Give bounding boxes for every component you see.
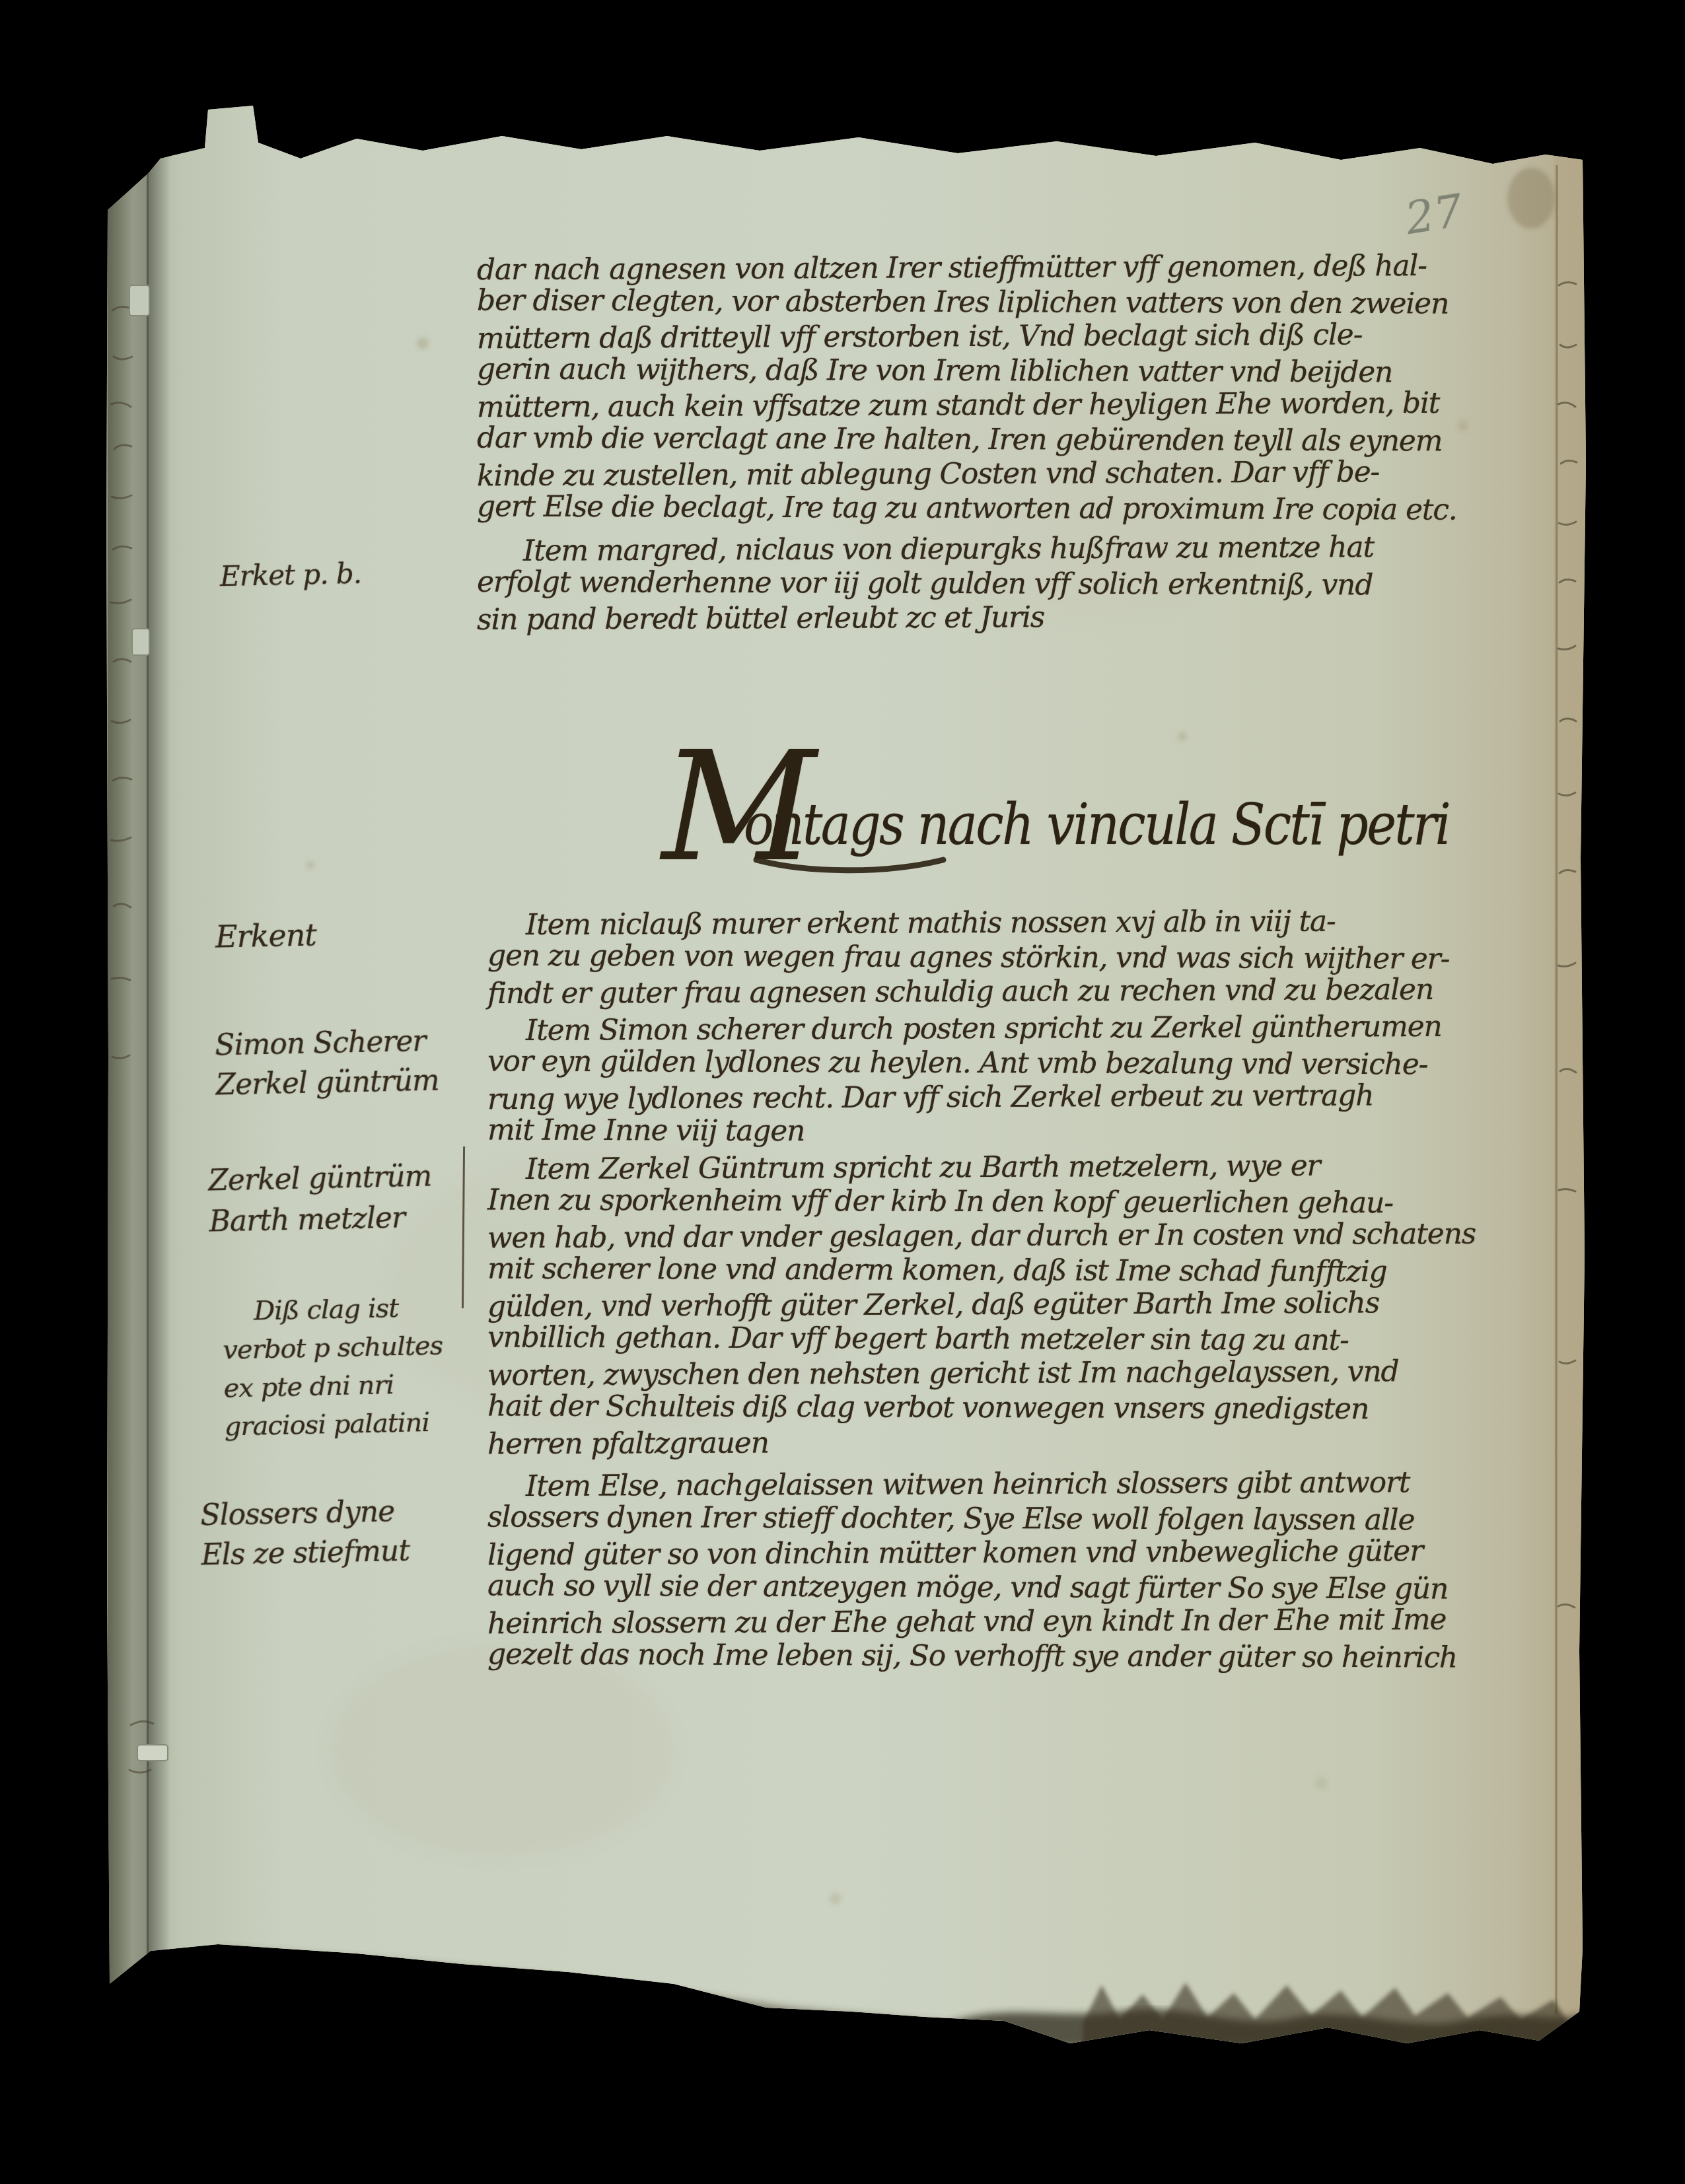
text-line: gert Else die beclagt, Ire tag zu antwor… [477,489,1457,527]
text-line: dar vmb die verclagt ane Ire halten, Ire… [477,421,1457,458]
margin-note-line: graciosi palatini [224,1403,445,1446]
text-line: worten, zwyschen den nehsten gericht ist… [487,1355,1476,1393]
text-line: erfolgt wenderhenne vor iij golt gulden … [477,565,1374,603]
margin-note-line: Barth metzler [209,1197,433,1242]
entry-paragraph: Item Simon scherer durch posten spricht … [487,1012,1442,1149]
text-line: mit scherer lone vnd anderm komen, daß i… [487,1251,1476,1289]
text-line: Item Simon scherer durch posten spricht … [487,1010,1442,1048]
text-line: sin pand beredt büttel erleubt zc et Jur… [477,599,1374,637]
text-line: gezelt das noch Ime leben sij, So verhof… [487,1637,1457,1675]
text-line: Item Zerkel Güntrum spricht zu Barth met… [487,1148,1476,1187]
manuscript-photo-scene: 27 dar nach agnesen von altzen Irer stie… [0,0,1685,2184]
margin-note-line: Simon Scherer [215,1021,439,1065]
margin-note: Zerkel güntrüm Barth metzler [208,1156,433,1242]
text-line: ber diser clegten, vor absterben Ires li… [477,283,1457,321]
margin-note-line: Diß clag ist [222,1288,443,1331]
margin-note-line: Zerkel güntrüm [208,1156,432,1201]
margin-note: Diß clag ist verbot p schultes ex pte dn… [222,1288,445,1446]
text-line: Item niclauß murer erkent mathis nossen … [487,904,1449,942]
text-line: heinrich slossern zu der Ehe gehat vnd e… [487,1603,1457,1641]
entry-paragraph: Item Else, nachgelaissen witwen heinrich… [487,1467,1457,1673]
margin-note: Slossers dyne Els ze stiefmut [200,1492,410,1576]
margin-note-line: Erkent [215,914,316,957]
text-line: hait der Schulteis diß clag verbot vonwe… [487,1389,1476,1427]
margin-note-line: Els ze stiefmut [201,1532,410,1576]
text-line: müttern, auch kein vffsatze zum standt d… [477,386,1457,425]
right-fold-line [1556,165,1557,2014]
entry-paragraph: Item niclauß murer erkent mathis nossen … [487,906,1449,1009]
margin-note-line: Slossers dyne [200,1492,410,1536]
text-line: Inen zu sporkenheim vff der kirb In den … [487,1183,1476,1220]
text-line: gen zu geben von wegen frau agnes störki… [487,938,1449,976]
text-line: kinde zu zustellen, mit ablegung Costen … [477,455,1457,493]
text-line: wen hab, vnd dar vnder geslagen, dar dur… [487,1217,1476,1256]
text-line: vor eyn gülden lydlones zu heylen. Ant v… [487,1044,1442,1082]
text-line: rung wye lydlones recht. Dar vff sich Ze… [487,1078,1442,1117]
margin-note: Erket p. b. [219,553,361,597]
text-line: findt er guter frau agnesen schuldig auc… [487,973,1449,1011]
margin-note-line: Zerkel güntrüm [215,1061,439,1105]
left-page-edge [108,152,149,1988]
text-line: mit Ime Inne viij tagen [487,1113,1442,1150]
entry-paragraph: Item margred, niclaus von diepurgks hußf… [477,532,1374,635]
text-line: slossers dynen Irer stieff dochter, Sye … [487,1500,1457,1537]
text-line: dar nach agnesen von altzen Irer stieffm… [477,249,1457,287]
text-line: Item margred, niclaus von diepurgks hußf… [477,530,1374,569]
text-line: gerin auch wijthers, daß Ire von Irem li… [477,352,1457,390]
margin-note-line: ex pte dni nri [223,1365,444,1408]
text-line: auch so vyll sie der antzeygen möge, vnd… [487,1568,1457,1606]
entry-paragraph: Item Zerkel Güntrum spricht zu Barth met… [487,1150,1476,1460]
margin-note-line: Erket p. b. [219,553,361,597]
text-line: gülden, vnd verhofft güter Zerkel, daß e… [487,1286,1476,1325]
folio-number-pencil: 27 [1402,189,1466,242]
text-line: vnbillich gethan. Dar vff begert barth m… [487,1320,1476,1358]
text-line: müttern daß dritteyll vff erstorben ist,… [477,318,1457,356]
margin-note: Simon Scherer Zerkel güntrüm [215,1021,439,1105]
margin-note: Erkent [215,914,316,957]
text-line: ligend güter so von dinchin mütter komen… [487,1534,1457,1572]
gutter-shadow [147,155,170,1978]
section-heading: ontags nach vincula Sctī petri [744,796,1449,853]
entry-paragraph: dar nach agnesen von altzen Irer stieffm… [477,251,1457,526]
text-line: herren pfaltzgrauen [487,1423,1476,1462]
margin-note-line: verbot p schultes [223,1327,443,1370]
text-line: Item Else, nachgelaissen witwen heinrich… [487,1465,1457,1504]
right-page-edge [1554,152,1587,2021]
